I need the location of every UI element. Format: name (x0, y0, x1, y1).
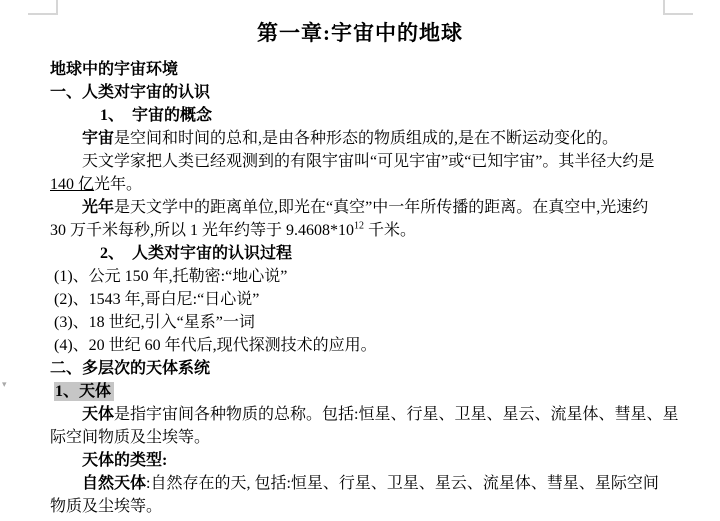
text-line: 1、 宇宙的概念 (50, 104, 678, 127)
text-segment: 二、多层次的天体系统 (50, 360, 210, 377)
text-line: 一、人类对宇宙的认识 (50, 81, 678, 104)
text-segment: (3)、18 世纪,引入“星系”一词 (54, 314, 255, 331)
document-page: ▾ 第一章:宇宙中的地球 地球中的宇宙环境一、人类对宇宙的认识1、 宇宙的概念宇… (0, 0, 720, 521)
text-line: (3)、18 世纪,引入“星系”一词 (50, 311, 678, 334)
highlighted-text: 1、天体 (54, 382, 114, 401)
page-corner-mark-top-left (28, 0, 58, 15)
text-line: 2、 人类对宇宙的认识过程 (50, 242, 678, 265)
text-segment: 12 (354, 221, 364, 232)
text-line: 二、多层次的天体系统 (50, 357, 678, 380)
text-segment: 是天文学中的距离单位,即光在“真空”中一年所传播的距离。在真空中,光速约 (114, 199, 648, 216)
text-line: 宇宙是空间和时间的总和,是由各种形态的物质组成的,是在不断运动变化的。 (50, 127, 678, 150)
text-segment: (2)、1543 年,哥白尼:“日心说” (54, 291, 259, 308)
text-segment: 千米。 (364, 222, 416, 239)
text-line: 1、天体 (50, 380, 678, 403)
text-line: 际空间物质及尘埃等。 (50, 426, 678, 449)
text-segment: 是指宇宙间各种物质的总称。包括:恒星、行星、卫星、星云、流星体、彗星、星 (114, 406, 678, 423)
text-segment: (1)、公元 150 年,托勒密:“地心说” (54, 268, 287, 285)
text-segment: 宇宙 (82, 130, 114, 147)
text-segment: 2、 人类对宇宙的认识过程 (100, 245, 292, 262)
text-segment: 地球中的宇宙环境 (50, 61, 178, 78)
text-line: 自然天体:自然存在的天, 包括:恒星、行星、卫星、星云、流星体、彗星、星际空间 (50, 472, 678, 495)
page-corner-mark-top-right (663, 0, 693, 15)
text-line: (4)、20 世纪 60 年代后,现代探测技术的应用。 (50, 334, 678, 357)
text-segment: 天体 (82, 406, 114, 423)
text-line: 140 亿光年。 (50, 173, 678, 196)
text-line: 天文学家把人类已经观测到的有限宇宙叫“可见宇宙”或“已知宇宙”。其半径大约是 (50, 150, 678, 173)
document-body[interactable]: 地球中的宇宙环境一、人类对宇宙的认识1、 宇宙的概念宇宙是空间和时间的总和,是由… (0, 58, 720, 518)
text-segment: 自然天体 (82, 475, 146, 492)
text-segment: 天体的类型: (82, 452, 167, 469)
text-line: 天体的类型: (50, 449, 678, 472)
text-line: 光年是天文学中的距离单位,即光在“真空”中一年所传播的距离。在真空中,光速约 (50, 196, 678, 219)
text-segment: 140 亿 (50, 176, 94, 193)
text-segment: 际空间物质及尘埃等。 (50, 429, 210, 446)
page-title: 第一章:宇宙中的地球 (0, 17, 720, 47)
text-segment: 1、 宇宙的概念 (100, 107, 212, 124)
text-line: (2)、1543 年,哥白尼:“日心说” (50, 288, 678, 311)
text-segment: 是空间和时间的总和,是由各种形态的物质组成的,是在不断运动变化的。 (114, 130, 618, 147)
margin-cursor-icon: ▾ (2, 381, 7, 390)
text-segment: 物质及尘埃等。 (50, 498, 162, 515)
text-line: 天体是指宇宙间各种物质的总称。包括:恒星、行星、卫星、星云、流星体、彗星、星 (50, 403, 678, 426)
text-line: 地球中的宇宙环境 (50, 58, 678, 81)
text-segment: 一、人类对宇宙的认识 (50, 84, 210, 101)
text-segment: 30 万千米每秒,所以 1 光年约等于 9.4608*10 (50, 222, 354, 239)
text-segment: :自然存在的天, 包括:恒星、行星、卫星、星云、流星体、彗星、星际空间 (146, 475, 659, 492)
text-segment: (4)、20 世纪 60 年代后,现代探测技术的应用。 (54, 337, 377, 354)
text-segment: 天文学家把人类已经观测到的有限宇宙叫“可见宇宙”或“已知宇宙”。其半径大约是 (82, 153, 654, 170)
text-line: 物质及尘埃等。 (50, 495, 678, 518)
text-segment: 光年。 (94, 176, 142, 193)
text-segment: 光年 (82, 199, 114, 216)
text-line: 30 万千米每秒,所以 1 光年约等于 9.4608*1012 千米。 (50, 219, 678, 242)
text-line: (1)、公元 150 年,托勒密:“地心说” (50, 265, 678, 288)
